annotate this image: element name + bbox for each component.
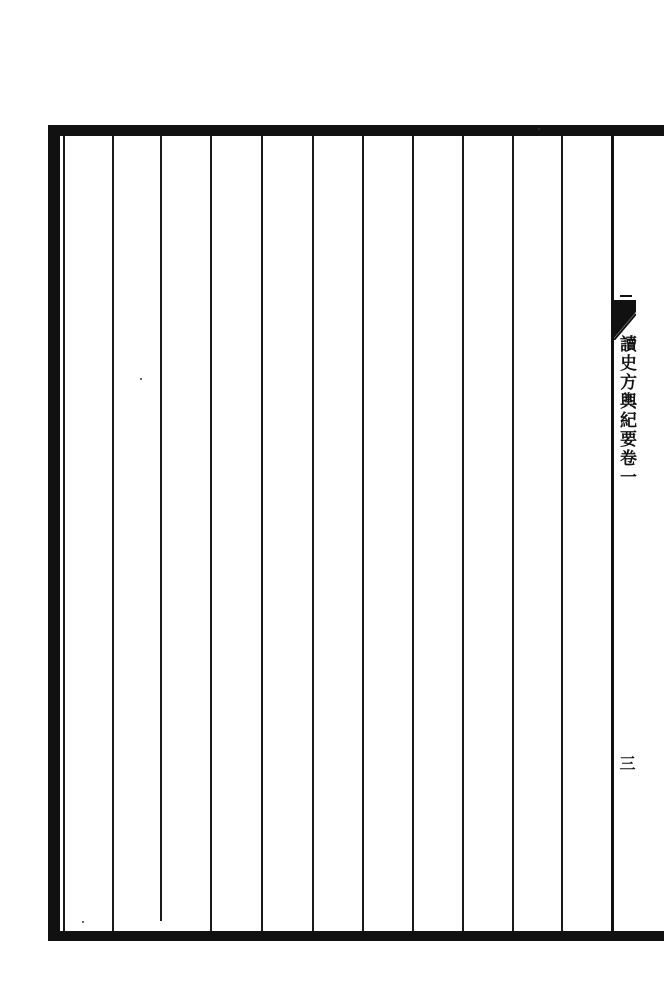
column-rule <box>312 136 314 931</box>
border-top <box>48 125 664 136</box>
border-left <box>48 125 60 941</box>
column-rule <box>561 136 563 931</box>
fishtail-icon <box>614 300 636 340</box>
column-rule <box>160 136 162 921</box>
banxin-page-number: 三 <box>616 755 636 771</box>
column-rule <box>362 136 364 931</box>
column-rule <box>462 136 464 931</box>
banxin-dash-mark <box>620 295 632 297</box>
banxin-border <box>611 136 614 931</box>
column-rule <box>261 136 263 931</box>
ink-speck <box>82 921 84 923</box>
banxin-title: 讀史方輿紀要卷一 <box>616 335 636 487</box>
column-rule <box>210 136 212 931</box>
document-page: 讀史方輿紀要卷一 三 <box>0 0 664 999</box>
column-rule <box>512 136 514 931</box>
ink-speck <box>538 128 540 130</box>
column-rule <box>112 136 114 931</box>
ink-speck <box>140 378 142 380</box>
column-rule <box>412 136 414 931</box>
inner-border-left <box>63 136 65 931</box>
border-bottom <box>48 931 664 941</box>
